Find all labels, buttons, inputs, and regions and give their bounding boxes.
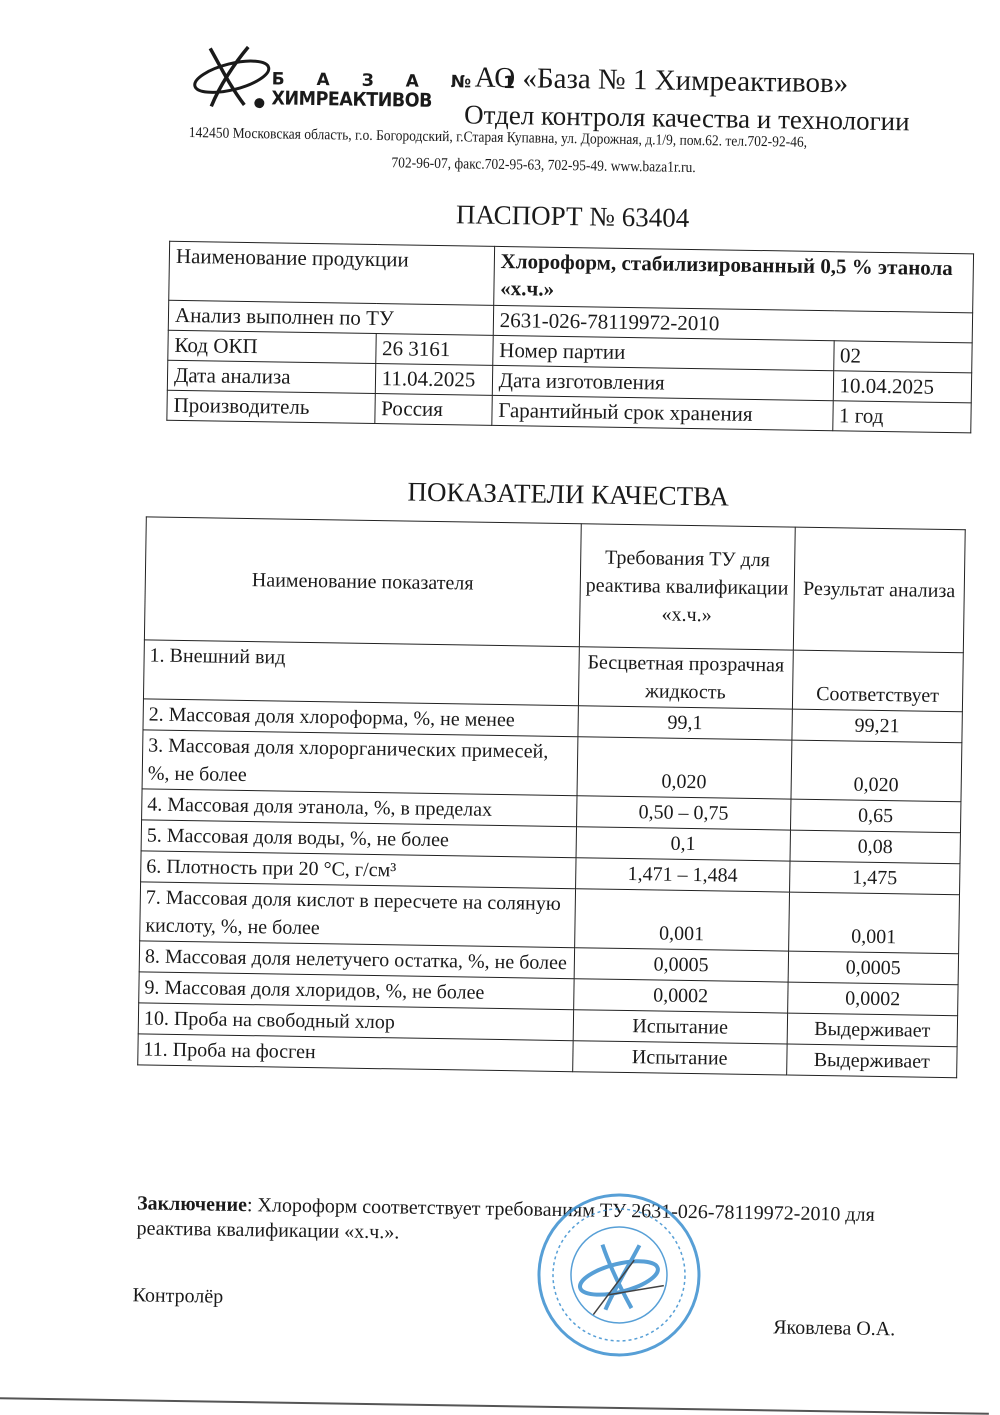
cell-requirement: 0,001	[574, 889, 789, 951]
cell-name: 11. Проба на фосген	[138, 1034, 573, 1072]
passport-document: Б А З А № 1 ХИМРЕАКТИВОВ АО «База № 1 Хи…	[0, 0, 1000, 1415]
cell-result: 99,21	[792, 709, 963, 743]
cell-result: 0,08	[790, 830, 961, 864]
cell-result: 0,001	[788, 892, 959, 954]
header-requirement: Требования ТУ для реактива квалификации …	[579, 524, 795, 650]
okp-label: Код ОКП	[168, 330, 376, 363]
cell-result: Соответствует	[792, 650, 963, 712]
page-bottom-rule	[0, 1397, 989, 1415]
analysis-date-label: Дата анализа	[167, 360, 375, 393]
manufacture-date-value: 10.04.2025	[833, 371, 972, 403]
product-name-value: Хлороформ, стабилизированный 0,5 % этано…	[493, 246, 973, 313]
analysis-date-value: 11.04.2025	[375, 364, 493, 396]
shelf-life-label: Гарантийный срок хранения	[492, 395, 833, 430]
cell-requirement: Испытание	[572, 1041, 787, 1075]
company-seal-stamp-icon	[533, 1189, 706, 1362]
cell-result: Выдерживает	[787, 1013, 958, 1047]
manufacturer-label: Производитель	[167, 390, 375, 423]
cell-requirement: 0,0002	[573, 979, 788, 1013]
company-name: АО «База № 1 Химреактивов»	[475, 62, 849, 101]
cell-result: 1,475	[789, 861, 960, 895]
shelf-life-value: 1 год	[832, 401, 971, 433]
signer-name: Яковлева О.А.	[773, 1316, 895, 1341]
cell-result: 0,65	[790, 799, 961, 833]
passport-title: ПАСПОРТ № 63404	[7, 192, 1000, 239]
cell-requirement: 0,1	[576, 827, 791, 861]
header-result: Результат анализа	[793, 527, 965, 653]
cell-name: 3. Массовая доля хлорорганических примес…	[142, 730, 578, 796]
header-indicator-name: Наименование показателя	[144, 517, 581, 647]
quality-table-header: Наименование показателя Требования ТУ дл…	[144, 517, 965, 653]
cell-requirement: 0,50 – 0,75	[576, 796, 791, 830]
cell-name: 7. Массовая доля кислот в пересчете на с…	[140, 882, 576, 948]
address-line-2: 702-96-07, факс.702-95-63, 702-95-49. ww…	[391, 155, 696, 177]
conclusion-label: Заключение	[137, 1192, 247, 1216]
cell-requirement: 0,0005	[574, 948, 789, 982]
okp-value: 26 3161	[375, 334, 493, 366]
product-info-table: Наименование продукции Хлороформ, стабил…	[166, 241, 974, 434]
batch-value: 02	[833, 341, 972, 373]
cell-result: Выдерживает	[786, 1044, 957, 1078]
cell-result: 0,020	[791, 740, 962, 802]
cell-requirement: 0,020	[577, 737, 792, 799]
cell-requirement: Бесцветная прозрачная жидкость	[578, 647, 793, 709]
conclusion: Заключение: Хлороформ соответствует треб…	[136, 1191, 917, 1253]
cell-result: 0,0005	[788, 951, 959, 985]
quality-table: Наименование показателя Требования ТУ дл…	[137, 516, 966, 1078]
cell-name: 1. Внешний вид	[143, 640, 579, 706]
cell-requirement: 1,471 – 1,484	[575, 858, 790, 892]
cell-requirement: 99,1	[578, 706, 793, 740]
cell-requirement: Испытание	[573, 1010, 788, 1044]
atom-orbit-logo-icon	[189, 40, 280, 113]
quality-section-title: ПОКАЗАТЕЛИ КАЧЕСТВА	[3, 470, 1000, 517]
cell-result: 0,0002	[787, 982, 958, 1016]
controller-role: Контролёр	[132, 1284, 223, 1308]
conclusion-text: : Хлороформ соответствует требованиям ТУ…	[136, 1194, 874, 1243]
product-name-label: Наименование продукции	[169, 241, 495, 305]
manufacturer-value: Россия	[374, 393, 492, 425]
